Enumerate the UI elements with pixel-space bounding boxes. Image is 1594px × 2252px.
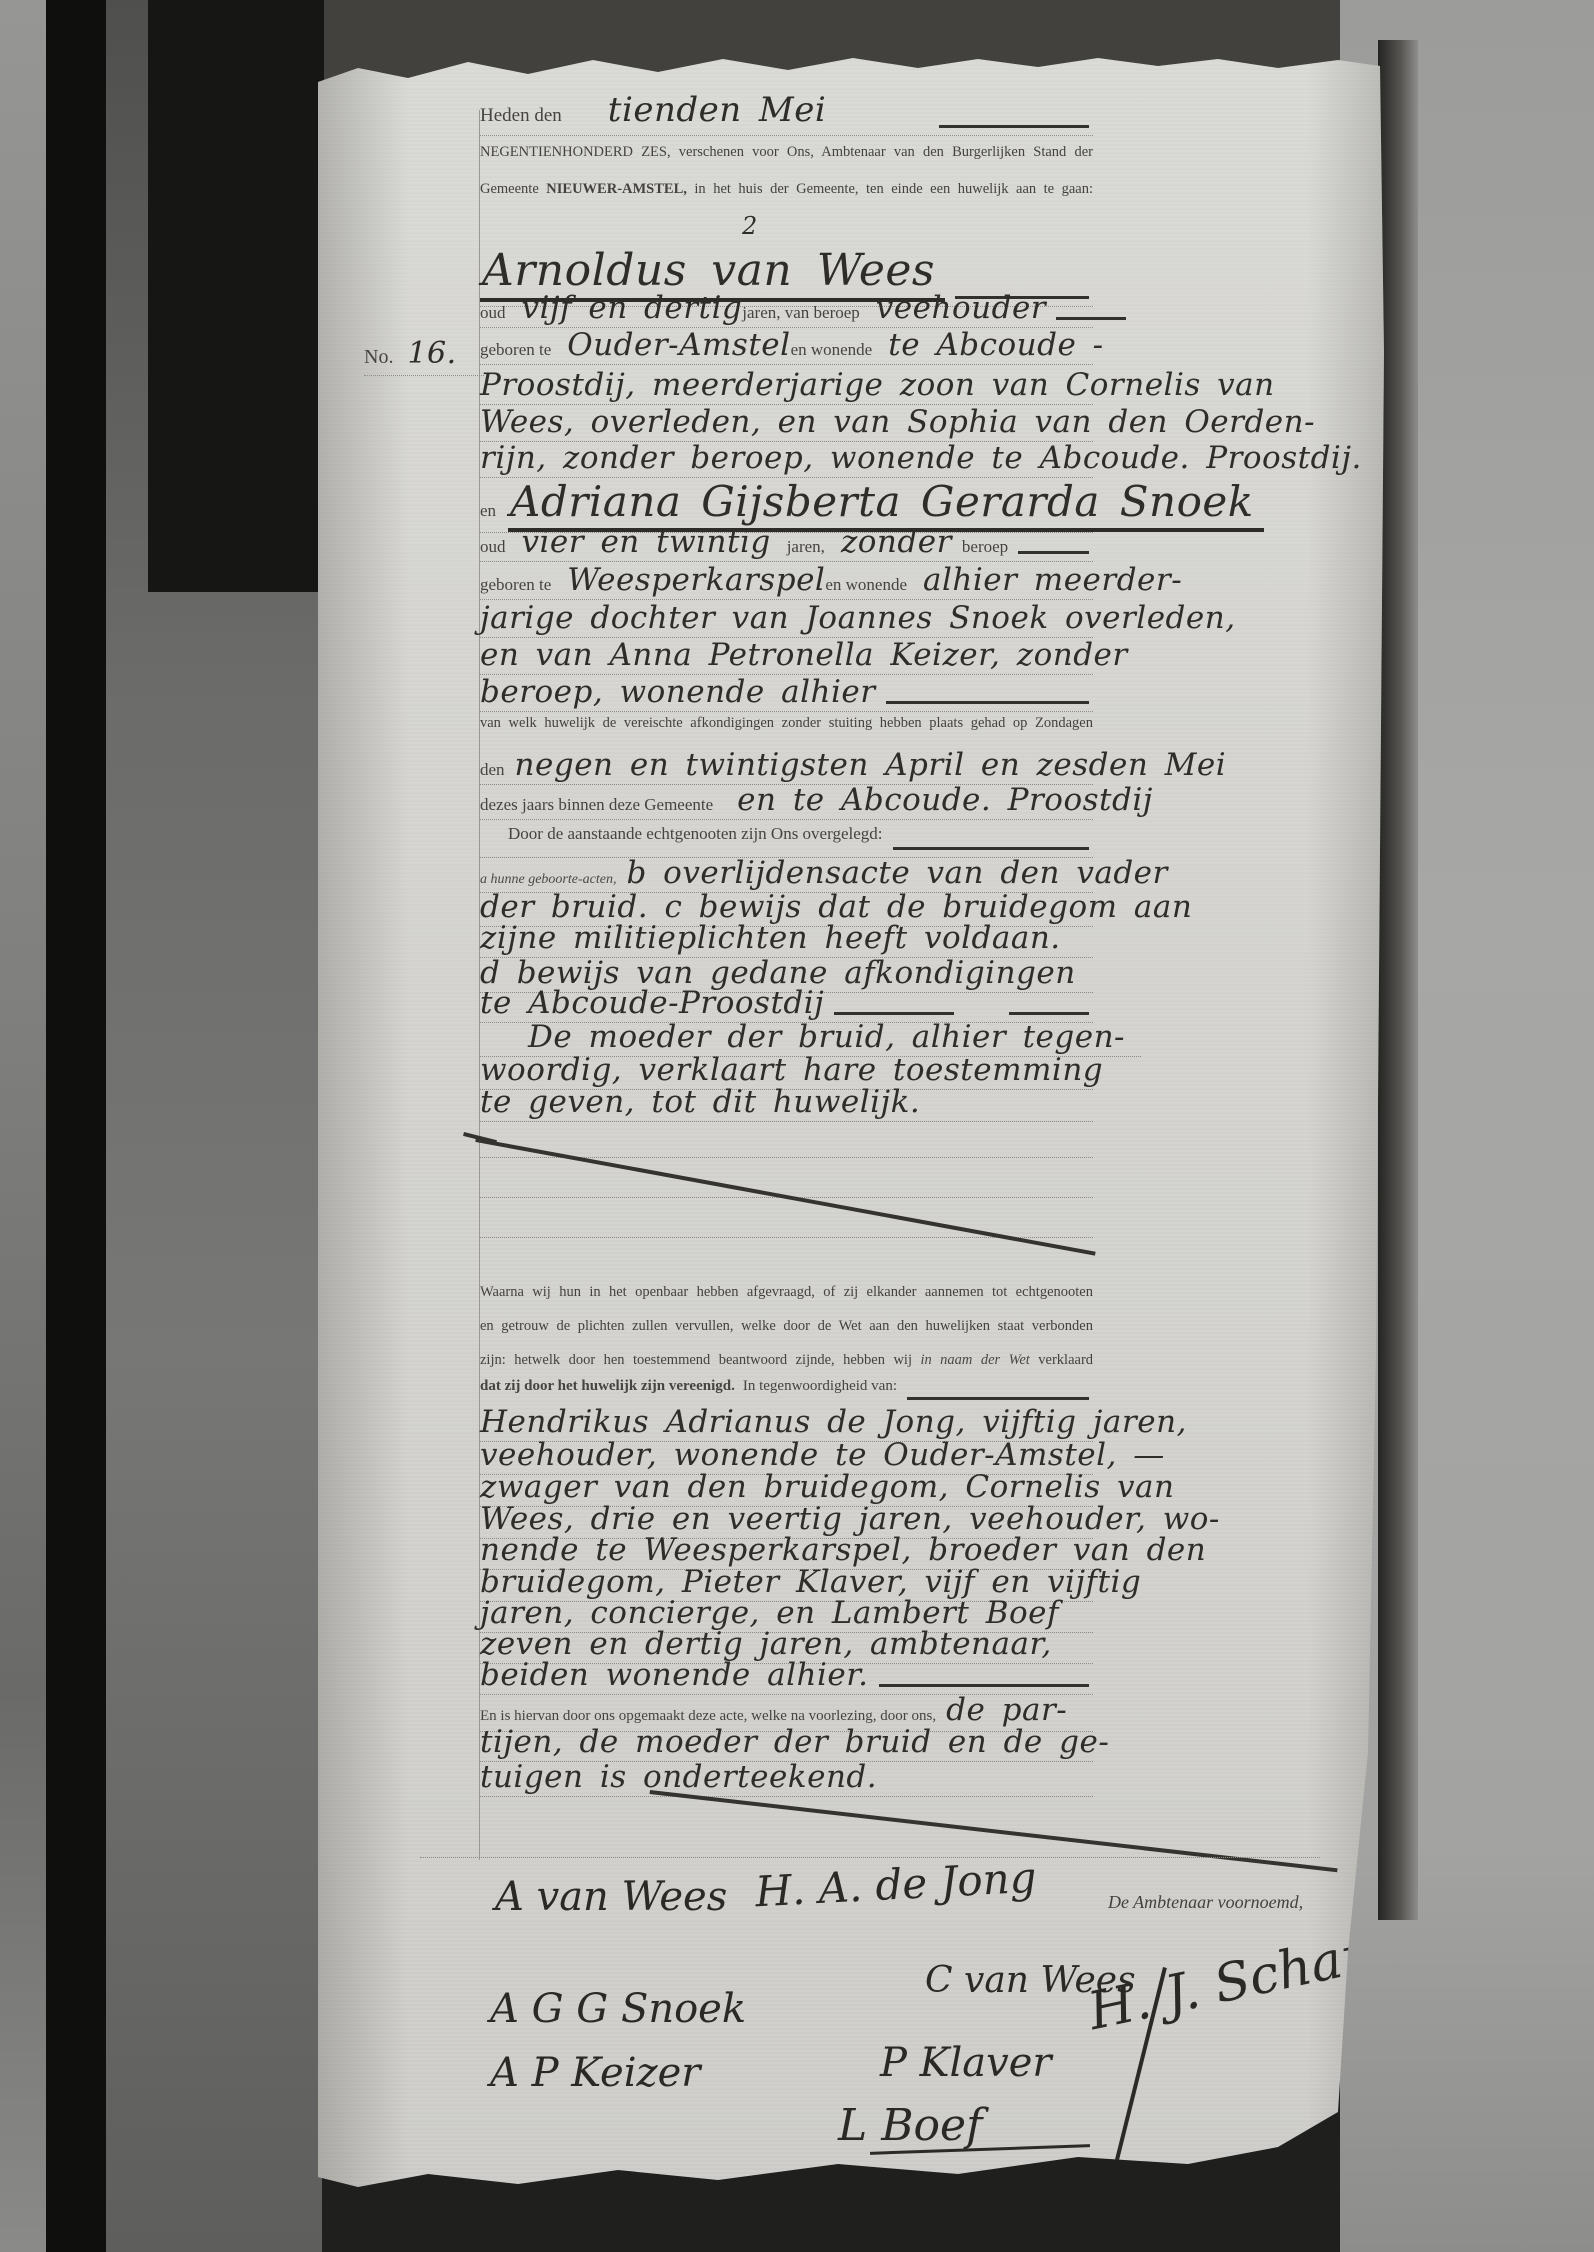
printed-en-wonende: en wonende <box>825 575 907 595</box>
line-bride-birth: geboren te Weesperkarspel en wonende alh… <box>480 562 1093 600</box>
line-doc-cont2: zijne militieplichten heeft voldaan. <box>480 920 1093 958</box>
signature-mother: A P Keizer <box>490 2050 700 2096</box>
filler-stroke <box>879 1684 1089 1687</box>
scanner-black-strip <box>46 0 106 2252</box>
filler-stroke <box>1018 551 1089 554</box>
filler-stroke <box>1009 1012 1089 1015</box>
hw-banns-place: en te Abcoude. Proostdij <box>737 782 1153 818</box>
signature-bride: A G G Snoek <box>490 1986 746 2032</box>
hw-witness-line: veehouder, wonende te Ouder-Amstel, — <box>480 1437 1165 1473</box>
line-banns-place: dezes jaars binnen deze Gemeente en te A… <box>480 782 1093 820</box>
hw-doc-b: b overlijdensacte van den vader <box>626 855 1167 891</box>
printed-ceremony-line3-post: verklaard <box>1038 1352 1093 1368</box>
hw-groom-cont3: rijn, zonder beroep, wonende te Abcoude.… <box>480 440 1362 476</box>
hw-doc-cont2: zijne militieplichten heeft voldaan. <box>480 920 1061 956</box>
hw-bride-residence: alhier meerder- <box>923 562 1182 598</box>
filler-stroke <box>939 125 1089 128</box>
hw-closing-2: tijen, de moeder der bruid en de ge- <box>480 1724 1109 1760</box>
line-bride-cont2: en van Anna Petronella Keizer, zonder <box>480 637 1093 675</box>
act-number-value: 16. <box>407 336 456 371</box>
hw-witness-line: zwager van den bruidegom, Cornelis van <box>480 1469 1174 1505</box>
printed-geboren-te: geboren te <box>480 340 551 360</box>
line-overgelegd: Door de aanstaande echtgenooten zijn Ons… <box>480 824 1093 858</box>
line-consent3: te geven, tot dit huwelijk. <box>480 1084 1093 1122</box>
printed-officiant-label: De Ambtenaar voornoemd, <box>1108 1892 1303 1913</box>
printed-beroep: beroep <box>962 537 1008 557</box>
line-date: Heden den tienden Mei <box>480 90 1093 136</box>
line-doc-cont4: te Abcoude-Proostdij <box>480 985 1093 1023</box>
filler-stroke <box>907 1397 1089 1400</box>
line-closing-2: tijen, de moeder der bruid en de ge- <box>480 1724 1093 1762</box>
printed-overgelegd: Door de aanstaande echtgenooten zijn Ons… <box>508 824 883 844</box>
printed-tegenwoordigheid: In tegenwoordigheid van: <box>743 1378 897 1395</box>
signature-klaver: P Klaver <box>880 2040 1052 2086</box>
hw-bride-birthplace: Weesperkarspel <box>567 562 825 598</box>
hw-consent1: De moeder der bruid, alhier tegen- <box>528 1019 1125 1055</box>
hw-bride-cont1: jarige dochter van Joannes Snoek overled… <box>480 600 1236 636</box>
line-witness-9: beiden wonende alhier. <box>480 1657 1093 1695</box>
hw-banns-dates: negen en twintigsten April en zesden Mei <box>515 747 1227 783</box>
hw-date: tienden Mei <box>608 90 826 130</box>
filler-stroke <box>886 701 1089 704</box>
hw-groom-occupation: veehouder <box>876 290 1046 326</box>
scanner-background-left-strip <box>0 0 46 2252</box>
marriage-certificate-scan: No. 16. Heden den tienden Mei NEGENTIENH… <box>0 0 1594 2252</box>
signature-de-jong: H. A. de Jong <box>754 1853 1038 1917</box>
printed-year-line: NEGENTIENHONDERD ZES, verschenen voor On… <box>480 144 1093 161</box>
printed-dezes-jaars: dezes jaars binnen deze Gemeente <box>480 795 713 815</box>
printed-oud: oud <box>480 303 506 323</box>
line-groom-birth: geboren te Ouder-Amstel en wonende te Ab… <box>480 327 1093 365</box>
act-number: No. 16. <box>364 336 484 376</box>
printed-en: en <box>480 501 496 521</box>
hw-consent2: woordig, verklaart hare toestemming <box>480 1052 1103 1088</box>
line-bride-cont3: beroep, wonende alhier <box>480 674 1093 712</box>
line-bride-cont1: jarige dochter van Joannes Snoek overled… <box>480 600 1093 638</box>
printed-en-wonende: en wonende <box>791 340 873 360</box>
hw-consent3: te geven, tot dit huwelijk. <box>480 1084 920 1120</box>
printed-vereenigd-bold: dat zij door het huwelijk zijn vereenigd… <box>480 1378 735 1395</box>
line-groom-age: oud vijf en dertig jaren, van beroep vee… <box>480 290 1093 328</box>
hw-groom-birthplace: Ouder-Amstel <box>567 327 790 363</box>
printed-jaren-beroep: jaren, van beroep <box>742 303 860 323</box>
line-bride-age: oud vier en twintig jaren, zonder beroep <box>480 524 1093 562</box>
signature-groom: A van Wees <box>495 1874 727 1920</box>
hw-groom-cont1: Proostdij, meerderjarige zoon van Cornel… <box>480 367 1275 403</box>
hw-doc-cont4: te Abcoude-Proostdij <box>480 985 824 1021</box>
printed-closing: En is hiervan door ons opgemaakt deze ac… <box>480 1708 936 1725</box>
hw-witness-line: Hendrikus Adrianus de Jong, vijftig jare… <box>480 1404 1187 1440</box>
hw-witness-line: beiden wonende alhier. <box>480 1657 869 1693</box>
signature-boef: L Boef <box>838 2100 982 2151</box>
printed-gemeente-pre: Gemeente <box>480 181 539 197</box>
hw-zonder: zonder <box>841 524 952 560</box>
hw-closing-1: de par- <box>946 1692 1067 1728</box>
page-edge-shadow <box>1378 40 1418 1920</box>
filler-stroke <box>1056 317 1126 320</box>
printed-ceremony-line2: en getrouw de plichten zullen vervullen,… <box>480 1318 1093 1335</box>
printed-geboren-te: geboren te <box>480 575 551 595</box>
printed-ceremony-line3-pre: zijn: hetwelk door hen toestemmend beant… <box>480 1352 912 1368</box>
printed-jaren: jaren, <box>787 537 825 557</box>
line-doc-a: a hunne geboorte-acten, b overlijdensact… <box>480 855 1093 893</box>
filler-stroke <box>893 847 1090 850</box>
printed-gemeente-name: NIEUWER-AMSTEL, <box>546 181 687 197</box>
line-groom-cont3: rijn, zonder beroep, wonende te Abcoude.… <box>480 440 1093 478</box>
printed-ceremony-line3: zijn: hetwelk door hen toestemmend beant… <box>480 1352 1093 1369</box>
hw-witness-line: nende te Weesperkarspel, broeder van den <box>480 1532 1206 1568</box>
hw-correction-mark: 2 <box>742 212 757 240</box>
scanner-black-rectangle <box>148 0 324 592</box>
printed-doc-a: a hunne geboorte-acten, <box>480 872 616 888</box>
printed-oud: oud <box>480 537 506 557</box>
printed-in-naam-der-wet: in naam der Wet <box>920 1352 1029 1368</box>
line-closing-3: tuigen is onderteekend. <box>480 1759 1093 1797</box>
line-groom-cont2: Wees, overleden, en van Sophia van den O… <box>480 404 1093 442</box>
printed-heden-den: Heden den <box>480 105 562 127</box>
line-banns-dates: den negen en twintigsten April en zesden… <box>480 747 1093 785</box>
printed-den: den <box>480 760 505 780</box>
printed-ceremony-line1: Waarna wij hun in het openbaar hebben af… <box>480 1284 1093 1301</box>
act-number-label: No. <box>364 346 393 369</box>
certificate-page: No. 16. Heden den tienden Mei NEGENTIENH… <box>318 52 1388 2202</box>
signature-rule-line <box>420 1857 1320 1858</box>
line-groom-cont1: Proostdij, meerderjarige zoon van Cornel… <box>480 367 1093 405</box>
hw-groom-age: vijf en dertig <box>522 290 743 326</box>
printed-banns-line1: van welk huwelijk de vereischte afkondig… <box>480 715 1093 732</box>
printed-gemeente-line: Gemeente NIEUWER-AMSTEL, in het huis der… <box>480 181 1093 198</box>
hw-bride-age: vier en twintig <box>522 524 771 560</box>
filler-stroke <box>834 1012 954 1015</box>
hw-groom-cont2: Wees, overleden, en van Sophia van den O… <box>480 404 1315 440</box>
hw-bride-cont2: en van Anna Petronella Keizer, zonder <box>480 637 1128 673</box>
hw-bride-cont3: beroep, wonende alhier <box>480 674 876 710</box>
hw-groom-residence: te Abcoude - <box>888 327 1103 363</box>
hw-closing-3: tuigen is onderteekend. <box>480 1759 877 1795</box>
printed-gemeente-post: in het huis der Gemeente, ten einde een … <box>694 181 1093 197</box>
